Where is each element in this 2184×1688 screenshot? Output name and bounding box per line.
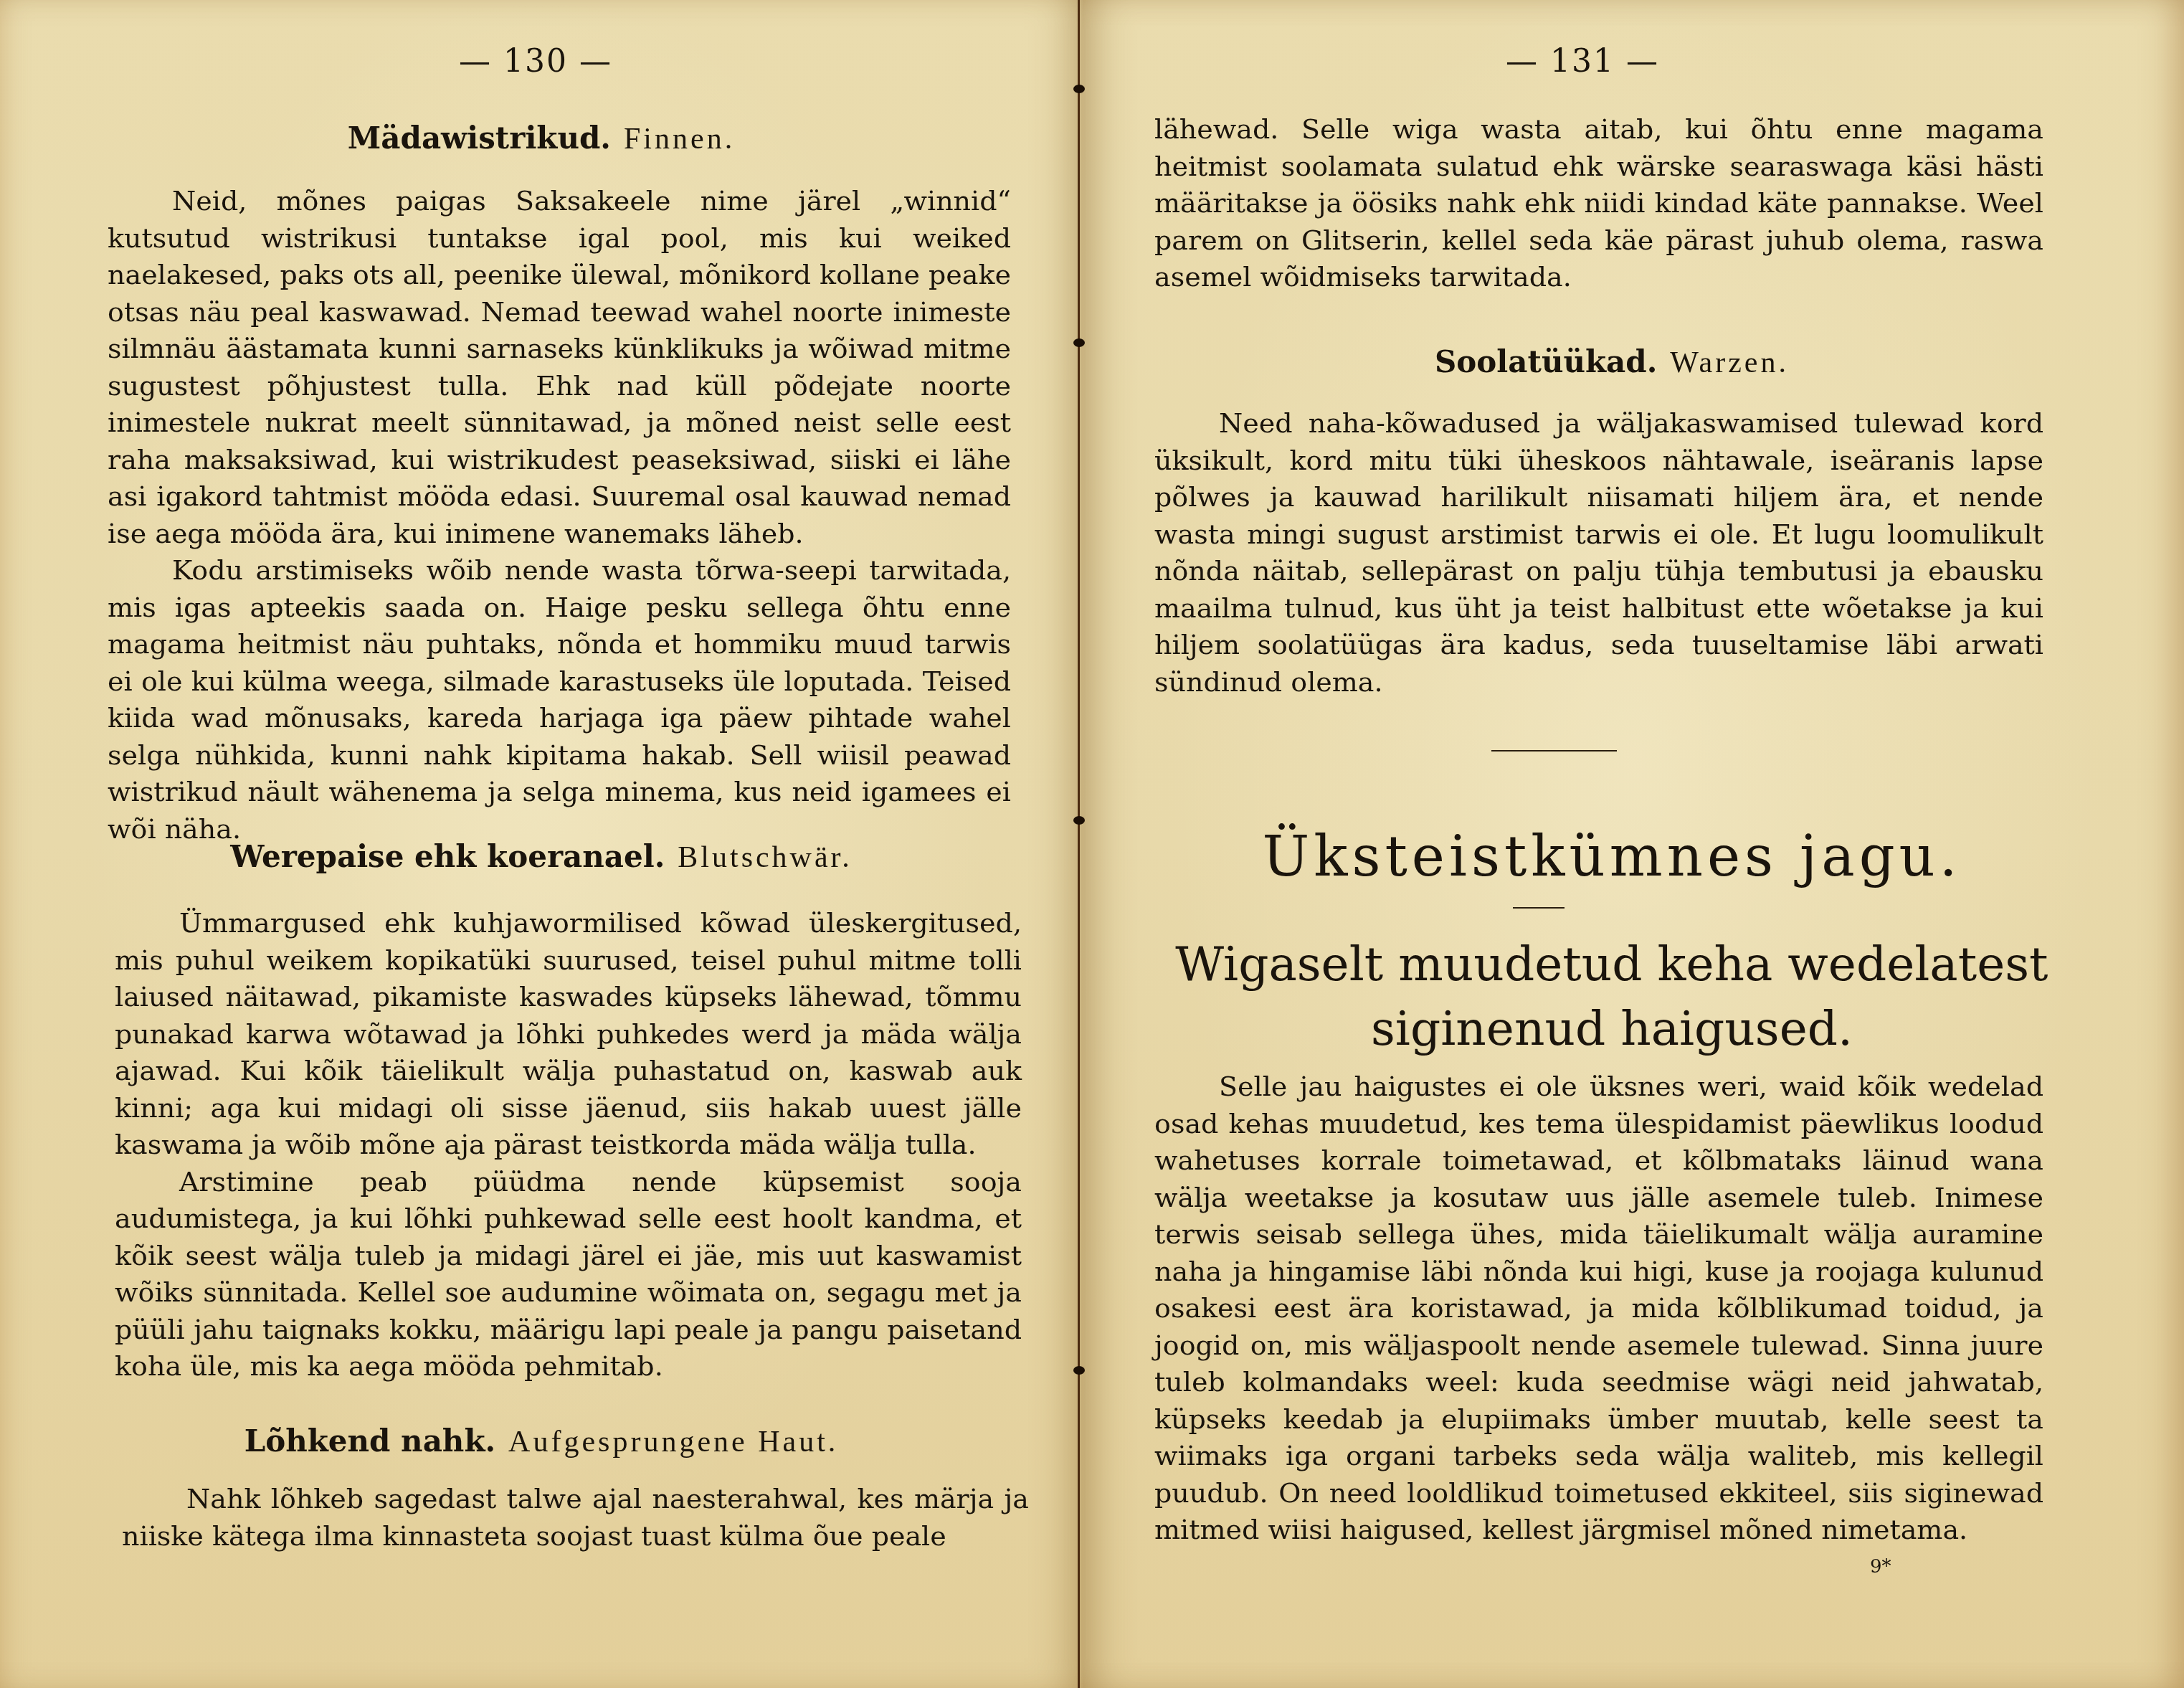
section-heading-finnen: Mädawistrikud.Finnen.: [0, 120, 1083, 156]
section-heading-haut: Lõhkend nahk.Aufgesprungene Haut.: [0, 1423, 1083, 1459]
page-number-right: — 131 —: [1506, 43, 1659, 80]
heading-german: Aufgesprungene Haut.: [508, 1426, 838, 1459]
section-body-finnen: Neid, mõnes paigas Saksakeele nime järel…: [108, 183, 1011, 848]
book-spread: — 130 — Mädawistrikud.Finnen. Neid, mõne…: [0, 0, 2184, 1688]
heading-german: Finnen.: [624, 123, 735, 156]
chapter-subtitle-line-1: Wigaselt muudetud keha wedelatest: [1083, 932, 2141, 997]
paragraph: Arstimine peab püüdma nende küpsemist so…: [115, 1164, 1022, 1385]
left-page: — 130 — Mädawistrikud.Finnen. Neid, mõne…: [0, 0, 1083, 1688]
paragraph: Need naha-kõwadused ja wäljakaswamised t…: [1154, 405, 2043, 701]
section-body-haut: Nahk lõhkeb sagedast talwe ajal naestera…: [122, 1481, 1029, 1555]
binding-stitch: [1073, 85, 1085, 93]
chapter-subtitle-line-2: siginenud haigused.: [1083, 997, 2141, 1061]
heading-estonian: Soolatüükad.: [1435, 344, 1657, 379]
heading-estonian: Lõhkend nahk.: [244, 1423, 495, 1459]
section-body-warzen: Need naha-kõwadused ja wäljakaswamised t…: [1154, 405, 2043, 701]
paragraph: Nahk lõhkeb sagedast talwe ajal naestera…: [122, 1481, 1029, 1555]
chapter-body: Selle jau haigustes ei ole üksnes weri, …: [1154, 1068, 2043, 1549]
heading-estonian: Mädawistrikud.: [348, 120, 611, 156]
heading-german: Blutschwär.: [678, 841, 852, 874]
book-gutter: [1078, 0, 1080, 1688]
section-body-blutschwar: Ümmargused ehk kuhjawormilised kõwad üle…: [115, 905, 1022, 1385]
paragraph: lähewad. Selle wiga wasta aitab, kui õht…: [1154, 111, 2043, 296]
continuation-text: lähewad. Selle wiga wasta aitab, kui õht…: [1154, 111, 2043, 296]
binding-stitch: [1073, 1366, 1085, 1375]
chapter-divider: [1513, 907, 1565, 909]
right-page: — 131 — lähewad. Selle wiga wasta aitab,…: [1083, 0, 2184, 1688]
section-heading-blutschwar: Werepaise ehk koeranael.Blutschwär.: [0, 839, 1083, 875]
heading-estonian: Werepaise ehk koeranael.: [230, 839, 665, 874]
chapter-subtitle: Wigaselt muudetud keha wedelatest sigine…: [1083, 932, 2184, 1061]
page-number-left: — 130 —: [459, 43, 612, 80]
section-divider: [1491, 750, 1617, 751]
paragraph: Neid, mõnes paigas Saksakeele nime järel…: [108, 183, 1011, 552]
chapter-title: Üksteistkümnes jagu.: [1083, 825, 2184, 889]
binding-stitch: [1073, 816, 1085, 825]
paragraph: Selle jau haigustes ei ole üksnes weri, …: [1154, 1068, 2043, 1549]
heading-german: Warzen.: [1670, 346, 1789, 379]
signature-mark: 9*: [1870, 1556, 1891, 1578]
paragraph: Kodu arstimiseks wõib nende wasta tõrwa-…: [108, 552, 1011, 848]
paragraph: Ümmargused ehk kuhjawormilised kõwad üle…: [115, 905, 1022, 1164]
section-heading-warzen: Soolatüükad.Warzen.: [1083, 344, 2184, 380]
binding-stitch: [1073, 338, 1085, 347]
